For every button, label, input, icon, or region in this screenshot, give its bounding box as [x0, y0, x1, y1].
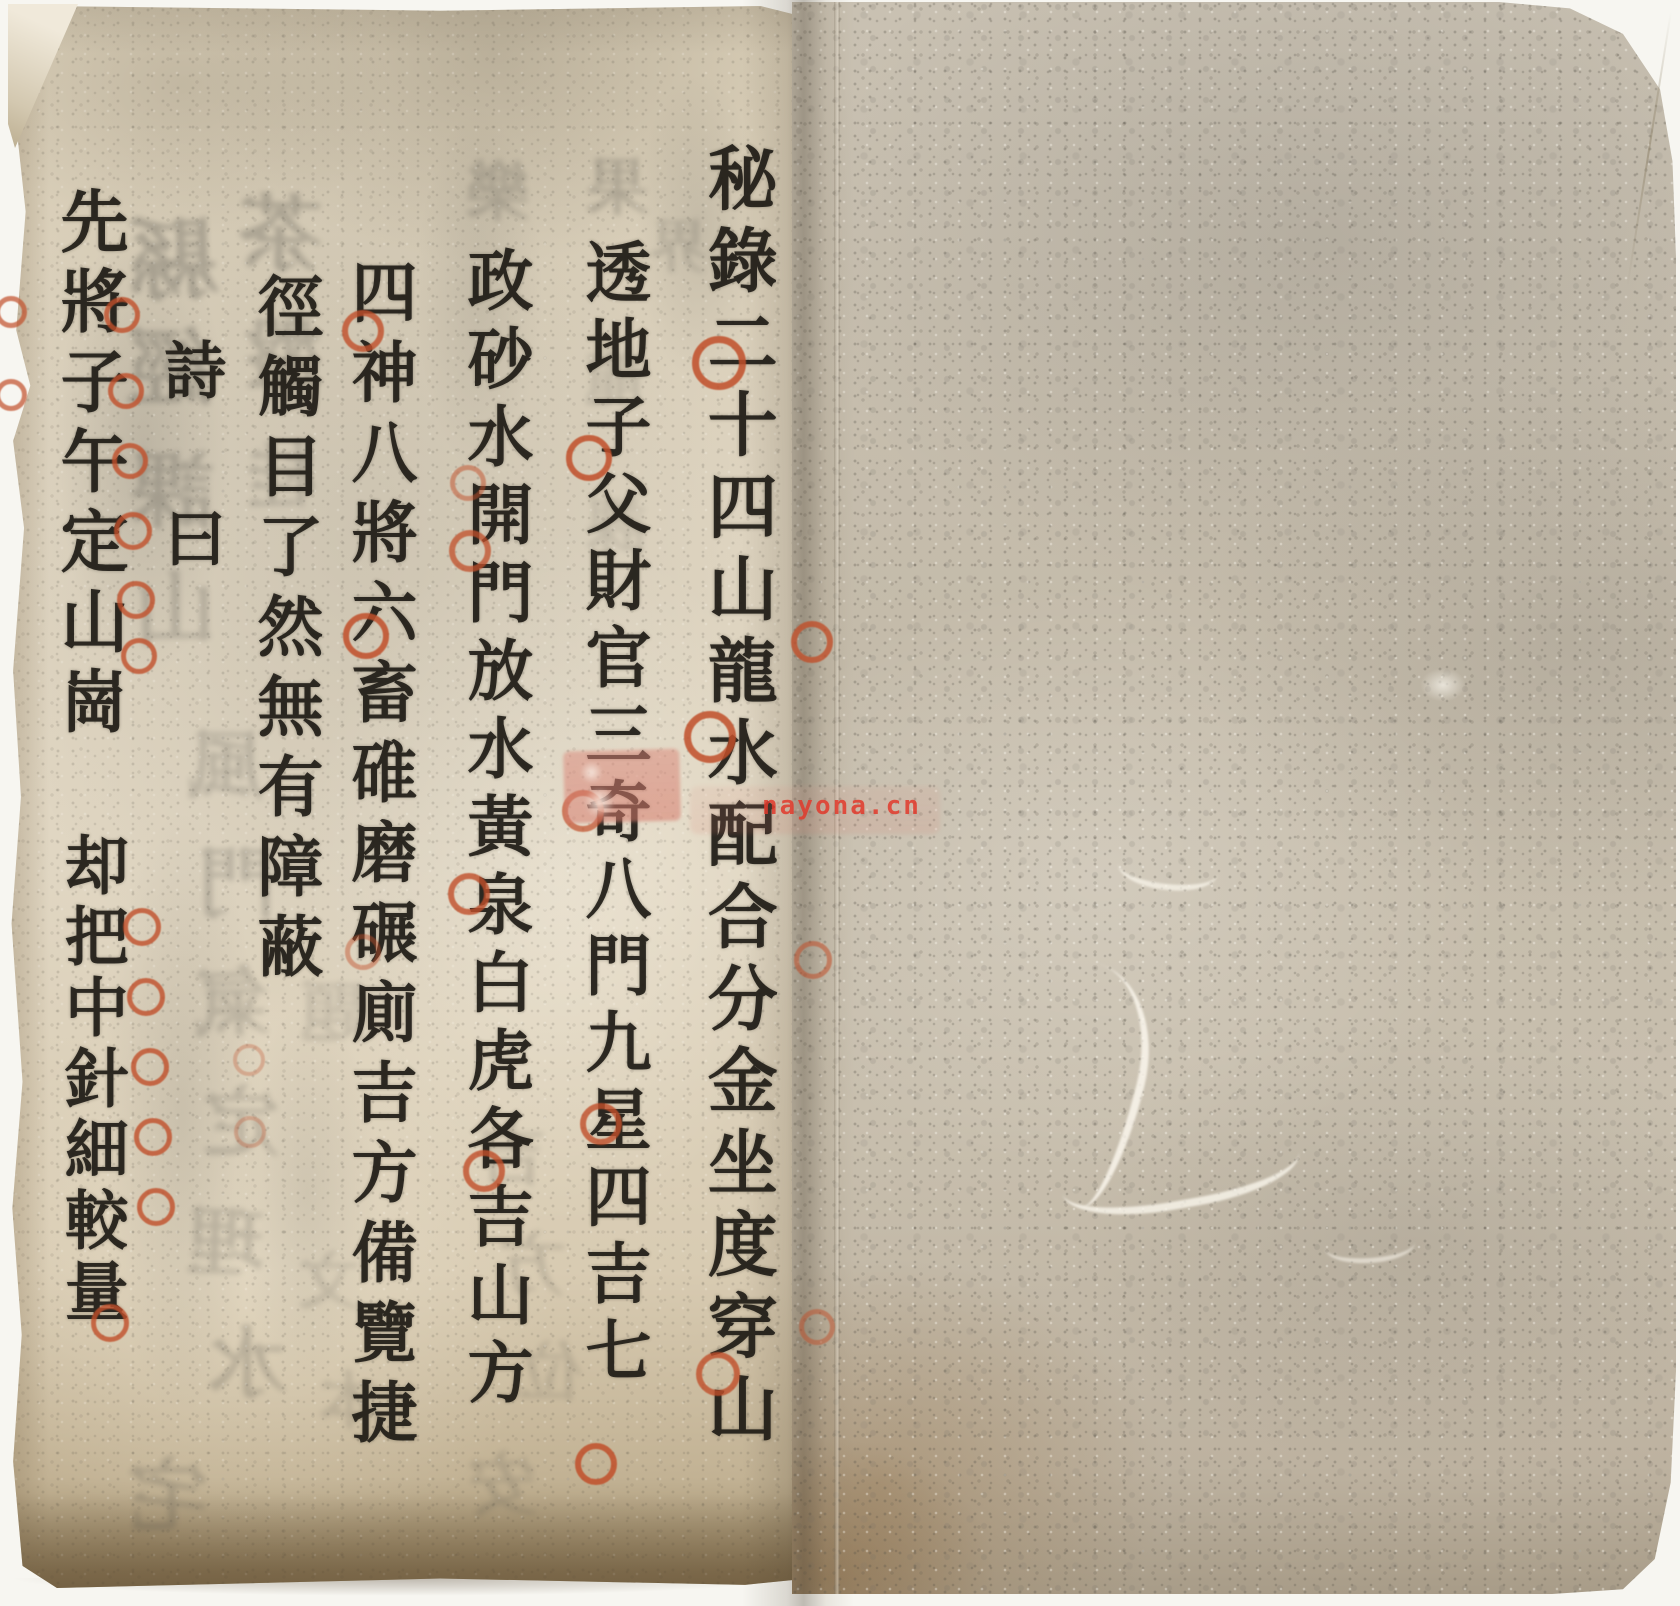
- fiber-streak: [1008, 956, 1171, 1215]
- paper-texture-right: [792, 2, 1676, 1594]
- left-page: [10, 6, 792, 1588]
- fiber-streak: [1116, 843, 1220, 895]
- fiber-blotch: [1420, 668, 1466, 702]
- reading-mark-circle: [0, 379, 27, 411]
- fiber-streak: [1324, 1225, 1416, 1266]
- manuscript-photo: 縣茶經盤課山桂果樂界龍風門氣定理水宅吉方位安文本課題 秘錄二十四山龍水配合分金坐…: [0, 0, 1680, 1606]
- paper-grain-right: [792, 2, 1676, 1594]
- site-watermark-text: nayona.cn: [762, 791, 921, 821]
- ink-bleed-washes: [10, 6, 792, 1588]
- paper-texture-left: [10, 6, 792, 1588]
- fiber-streak: [1055, 1110, 1305, 1228]
- right-page: [792, 2, 1676, 1594]
